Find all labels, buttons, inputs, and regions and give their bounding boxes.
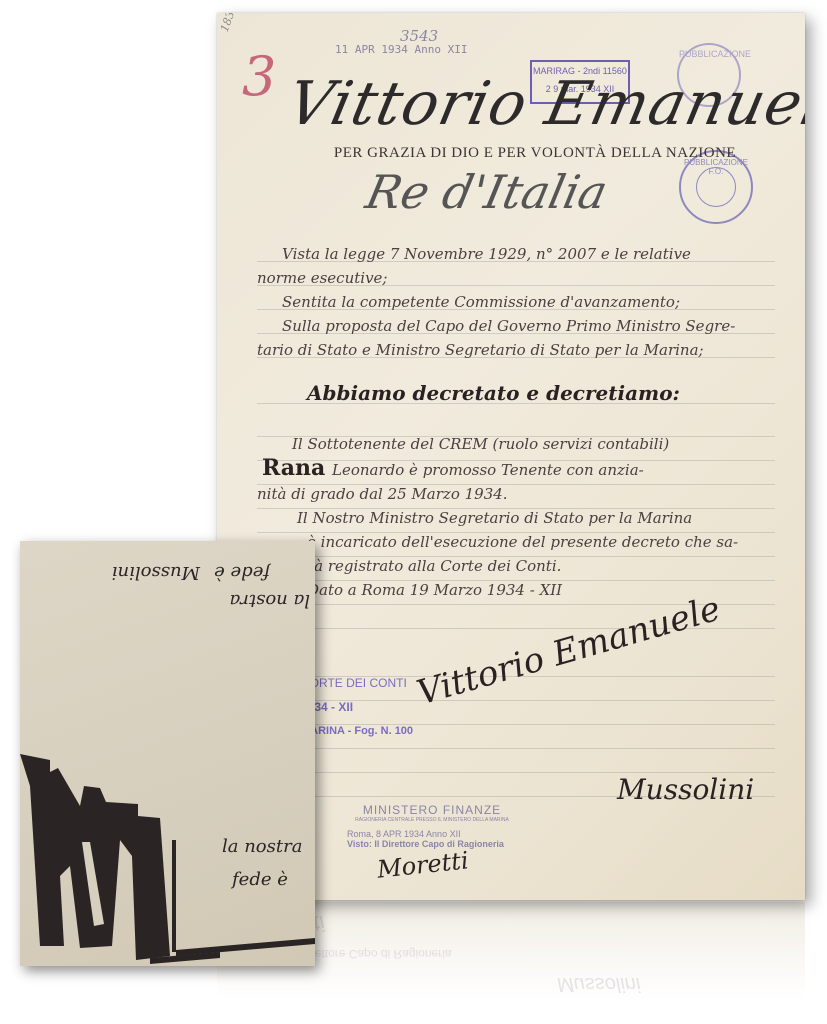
ragioneria-signature: Moretti [376, 846, 470, 883]
card-upside-line: la nostra [230, 590, 310, 611]
corte-dei-conti-stamp: CORTE DEI CONTI 1934 - XII MARINA - Fog.… [301, 671, 413, 743]
reflection-minister-signature: Mussolini [557, 972, 640, 995]
finance-stamp-title: MINISTERO FINANZE [347, 803, 517, 817]
header-title: Vittorio Emanuele III [282, 69, 805, 139]
finance-ministry-stamp: MINISTERO FINANZE RAGIONERIA CENTRALE PR… [347, 803, 517, 849]
card-upside-line: Mussolini [112, 562, 200, 583]
round-stamp-inner-circle [696, 167, 736, 207]
decree-line: Leonardo è promosso Tenente con anzia- [332, 461, 644, 479]
decree-line: Il Nostro Ministro Segretario di Stato p… [297, 509, 692, 527]
surname: Rana [262, 455, 325, 481]
card-bottom-line: la nostra [222, 836, 302, 857]
ruled-line [257, 748, 775, 749]
corte-stamp-line2: 1934 - XII [301, 695, 413, 719]
decree-line: nità di grado dal 25 Marzo 1934. [257, 485, 508, 503]
card-upside-text: la nostra fede è Mussolini [140, 541, 310, 611]
decree-line: Dato a Roma 19 Marzo 1934 - XII [307, 581, 562, 599]
body-line: norme esecutive; [257, 269, 387, 287]
card-bottom-line: fede è [232, 869, 288, 890]
body-line: Sulla proposta del Capo del Governo Prim… [282, 317, 735, 335]
finance-stamp-visto: Visto: Il Direttore Capo di Ragioneria [347, 839, 517, 849]
card-upside-line: fede è [214, 562, 270, 583]
header-subtitle: PER GRAZIA DI DIO E PER VOLONTÀ DELLA NA… [217, 145, 805, 162]
corner-number: 183 [218, 13, 237, 34]
body-line: Sentita la competente Commissione d'avan… [282, 293, 680, 311]
decree-line: è incaricato dell'esecuzione del present… [307, 533, 738, 551]
finance-stamp-date: Roma, 8 APR 1934 Anno XII [347, 829, 517, 839]
red-pencil-mark: 3 [242, 45, 276, 108]
minister-signature: Mussolini [617, 773, 754, 806]
header-role: Re d'Italia [361, 165, 612, 219]
decree-heading: Abbiamo decretato e decretiamo: [307, 381, 680, 405]
decree-line: Il Sottotenente del CREM (ruolo servizi … [292, 435, 669, 453]
decree-line: rà registrato alla Corte dei Conti. [307, 557, 561, 575]
propaganda-card: la nostra fede è Mussolini la nostra fed… [20, 541, 315, 966]
king-signature: Vittorio Emanuele [413, 589, 725, 714]
corte-stamp-line1: CORTE DEI CONTI [301, 671, 413, 695]
received-date-stamp: 11 APR 1934 Anno XII [335, 43, 467, 56]
corte-stamp-line3: MARINA - Fog. N. 100 [301, 719, 413, 743]
round-stamp-top-text: PUBBLICAZIONE [679, 49, 739, 59]
finance-stamp-subtitle: RAGIONERIA CENTRALE PRESSO IL MINISTERO … [347, 817, 517, 823]
body-line: tario di Stato e Ministro Segretario di … [257, 341, 704, 359]
body-line: Vista la legge 7 Novembre 1929, n° 2007 … [282, 245, 691, 263]
